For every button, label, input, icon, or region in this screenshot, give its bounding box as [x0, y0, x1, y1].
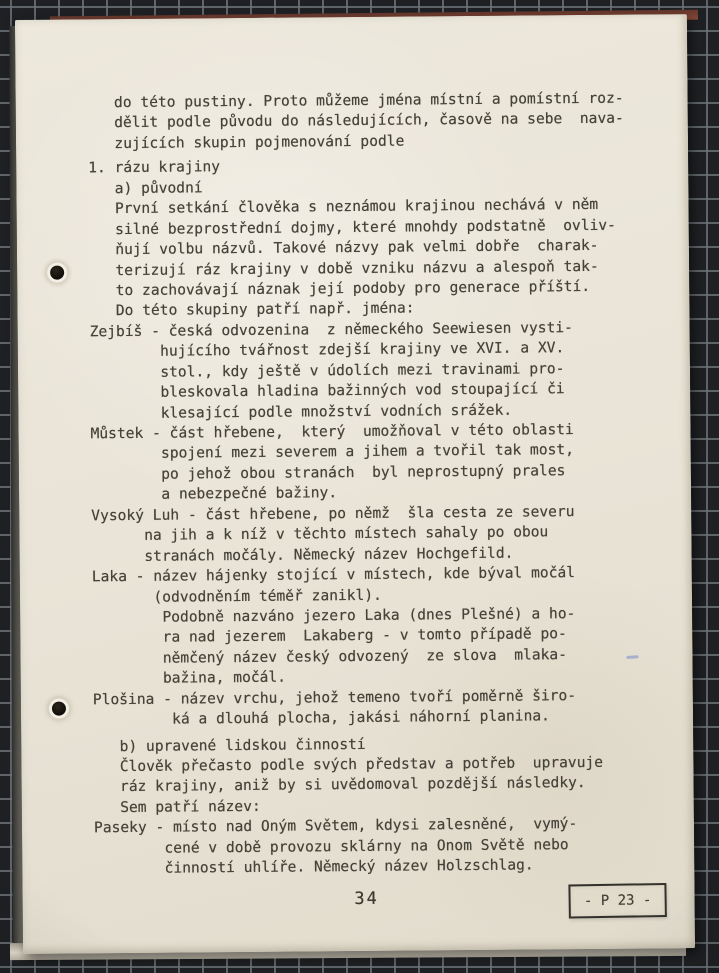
pencil-mark — [626, 655, 638, 659]
typed-line: ká a dlouhá plocha, jakási náhorní plani… — [93, 706, 629, 731]
punch-hole-bottom — [52, 702, 66, 716]
typed-line: činností uhlíře. Německý název Holzschla… — [94, 855, 630, 880]
punch-hole-top — [50, 266, 64, 280]
document-page: do této pustiny. Proto můžeme jména míst… — [15, 14, 695, 954]
photo-background-grid: do této pustiny. Proto můžeme jména míst… — [0, 0, 719, 973]
typed-line: zujících skupin pojmenování podle — [88, 130, 624, 155]
archive-stamp-label: - P 23 - — [584, 892, 652, 909]
typewritten-text: do této pustiny. Proto můžeme jména míst… — [88, 89, 631, 880]
page-number: 34 — [341, 889, 393, 909]
archive-stamp: - P 23 - — [568, 883, 667, 919]
